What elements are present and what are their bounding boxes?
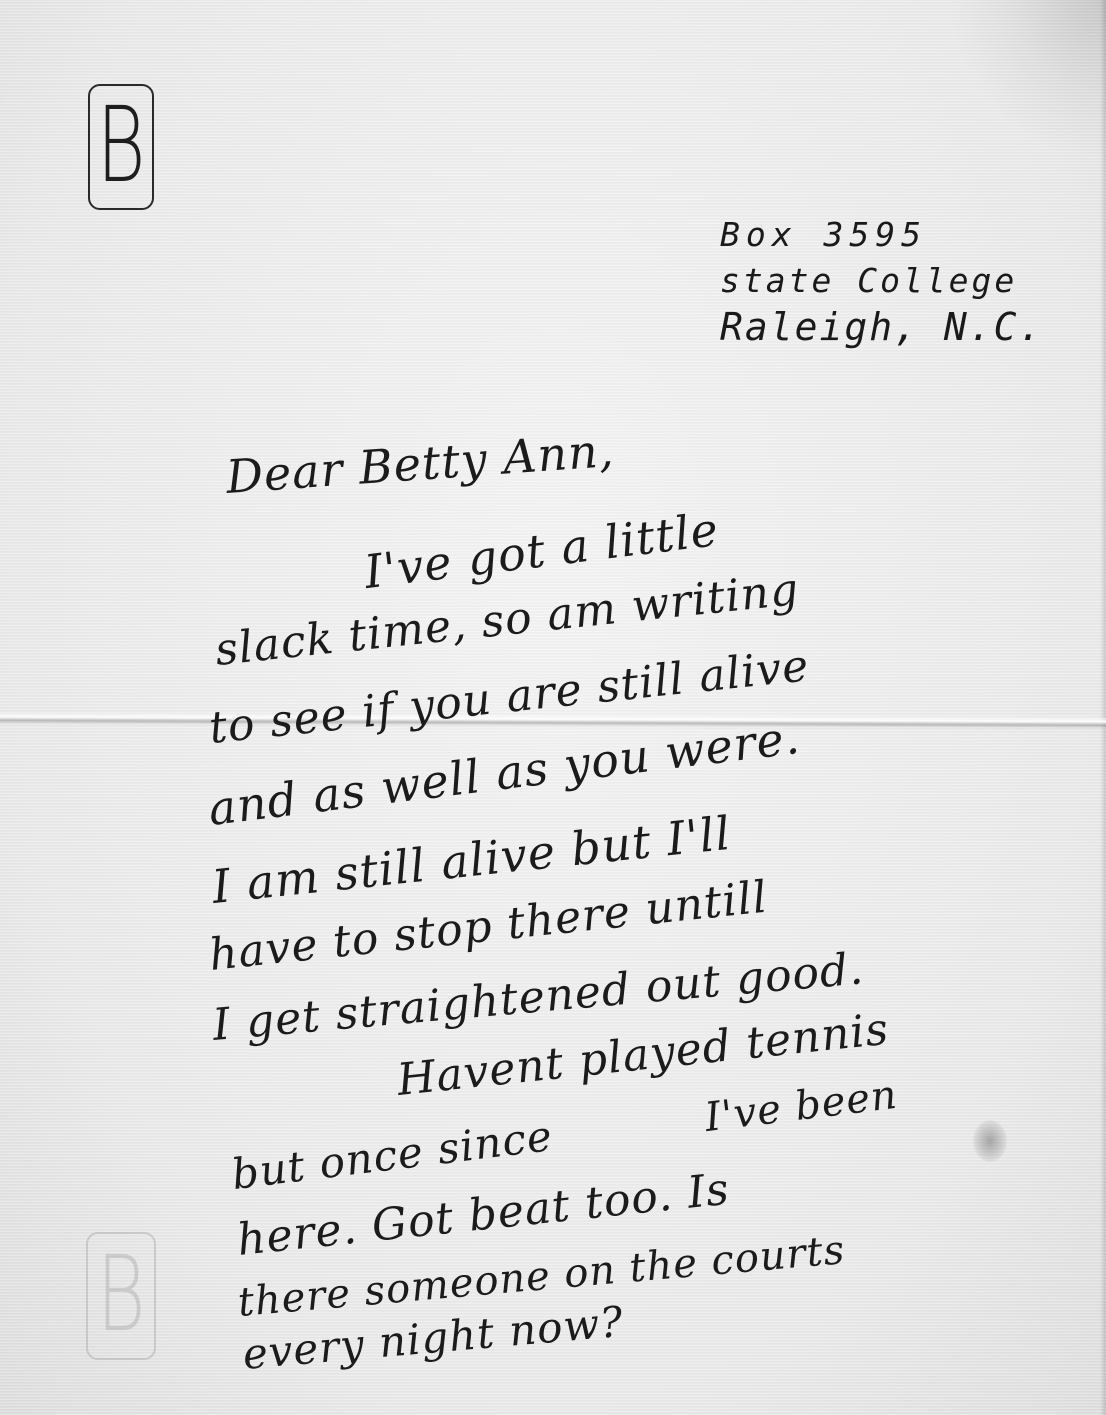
salutation: Dear Betty Ann, [224,423,616,504]
corner-shadow [946,0,1106,160]
return-address: Box 3595 state College Raleigh, N.C. [720,212,1043,350]
embossed-monogram: B [86,1232,156,1360]
address-college: state College [720,258,1043,304]
monogram-letter: B [96,93,145,197]
address-box: Box 3595 [720,212,1043,258]
monogram-letterhead: B [88,84,154,210]
body-line-9: I've been [702,1072,900,1141]
address-city: Raleigh, N.C. [720,304,1043,350]
letter-page: B B Box 3595 state College Raleigh, N.C.… [0,0,1106,1415]
embossed-monogram-letter: B [96,1242,145,1346]
page-edge-shadow [1100,0,1106,1415]
ink-smudge [973,1120,1007,1162]
